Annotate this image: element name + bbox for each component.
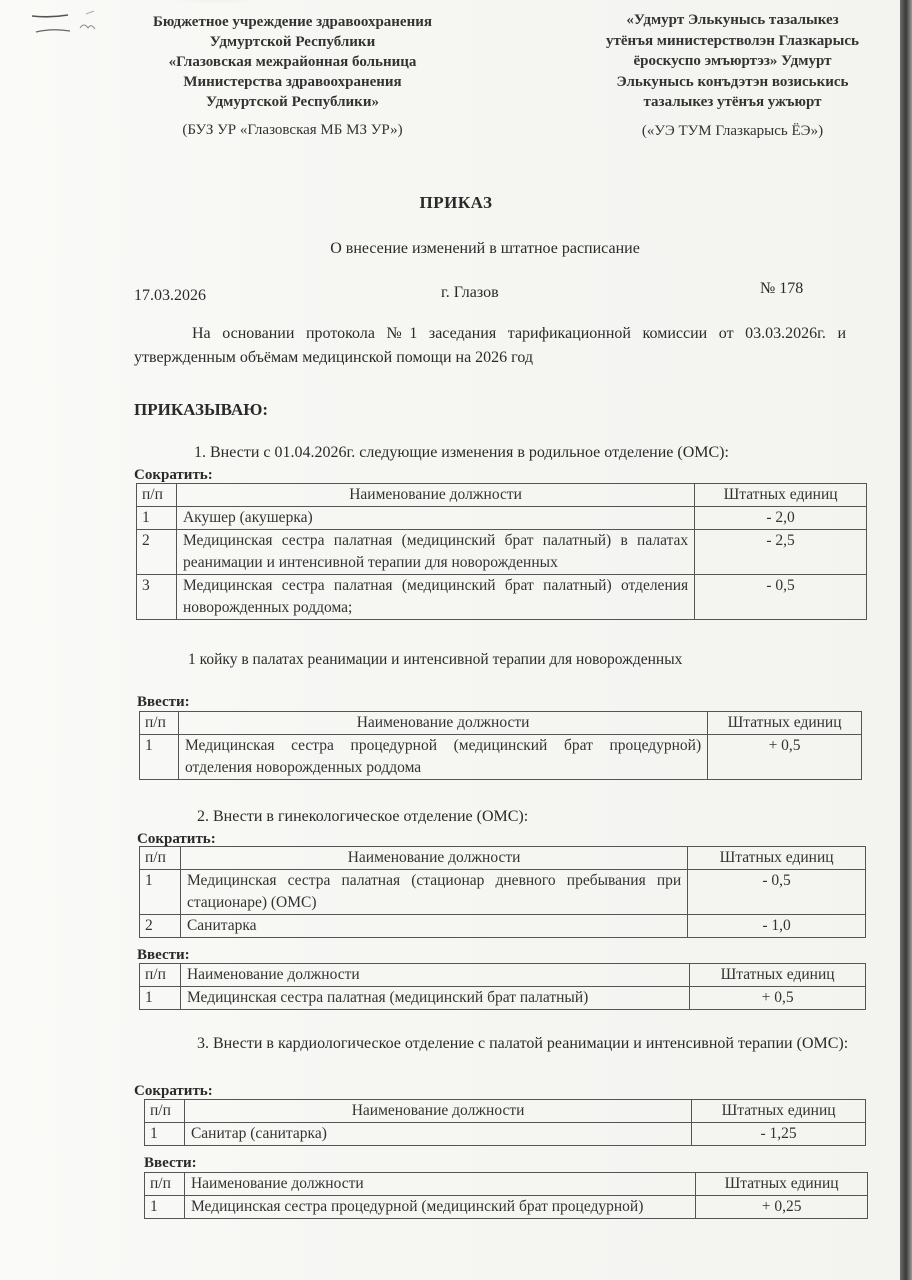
institution-header-udmurt: «Удмурт Элькунысь тазалыкез утёнъя минис… (580, 10, 885, 141)
row-num: 1 (140, 735, 179, 780)
row-num: 2 (137, 530, 177, 575)
document-number: № 178 (760, 280, 803, 298)
table-header-row: п/п Наименование должности Штатных едини… (145, 1173, 868, 1196)
introduce-label: Ввести: (144, 1155, 197, 1172)
section-1-introduce-table: п/п Наименование должности Штатных едини… (139, 711, 862, 780)
header-line: «Глазовская межрайонная больница (120, 52, 465, 72)
row-num: 1 (145, 1123, 185, 1146)
section-2-heading: 2. Внести в гинекологическое отделение (… (197, 805, 528, 829)
header-cell-num: п/п (140, 964, 181, 987)
table-row: 2 Медицинская сестра палатная (медицинск… (137, 530, 867, 575)
header-cell-name: Наименование должности (178, 712, 707, 735)
header-cell-name: Наименование должности (180, 964, 689, 987)
row-position: Медицинская сестра процедурной (медицинс… (178, 735, 707, 780)
document-date: 17.03.2026 (134, 287, 206, 305)
document-subtitle: О внесение изменений в штатное расписани… (0, 240, 912, 258)
document-page: Бюджетное учреждение здравоохранения Удм… (0, 0, 900, 1280)
row-num: 3 (137, 575, 177, 620)
row-units: + 0,25 (696, 1196, 868, 1219)
table-header-row: п/п Наименование должности Штатных едини… (140, 964, 866, 987)
row-units: - 1,0 (688, 915, 866, 938)
table-header-row: п/п Наименование должности Штатных едини… (145, 1100, 866, 1123)
header-line: Удмуртской Республики» (120, 92, 465, 112)
section-2-introduce-table: п/п Наименование должности Штатных едини… (139, 963, 866, 1010)
header-cell-name: Наименование должности (184, 1100, 691, 1123)
header-cell-units: Штатных единиц (708, 712, 862, 735)
row-position: Медицинская сестра палатная (медицинский… (176, 575, 694, 620)
row-units: + 0,5 (708, 735, 862, 780)
section-3-heading: 3. Внести в кардиологическое отделение с… (134, 1032, 854, 1056)
row-num: 1 (137, 507, 177, 530)
header-cell-name: Наименование должности (176, 484, 694, 507)
header-line: Министерства здравоохранения (120, 72, 465, 92)
section-1-heading: 1. Внести с 01.04.2026г. следующие измен… (194, 441, 729, 465)
order-basis-paragraph: На основании протокола №1 заседания тари… (134, 322, 846, 370)
row-position: Санитар (санитарка) (184, 1123, 691, 1146)
row-num: 2 (140, 915, 181, 938)
row-units: - 0,5 (688, 870, 866, 915)
handwritten-mark-icon (30, 8, 110, 38)
section-2-reduce-table: п/п Наименование должности Штатных едини… (139, 846, 866, 938)
row-position: Акушер (акушерка) (176, 507, 694, 530)
table-row: 1 Санитар (санитарка) - 1,25 (145, 1123, 866, 1146)
row-position: Медицинская сестра палатная (стационар д… (180, 870, 687, 915)
header-cell-num: п/п (140, 712, 179, 735)
header-cell-num: п/п (137, 484, 177, 507)
header-cell-name: Наименование должности (180, 847, 687, 870)
scan-shadow (140, 0, 290, 5)
document-title: ПРИКАЗ (0, 193, 912, 213)
header-cell-units: Штатных единиц (688, 847, 866, 870)
row-position: Медицинская сестра палатная (медицинский… (180, 987, 689, 1010)
section-1-reduce-table: п/п Наименование должности Штатных едини… (136, 483, 867, 620)
introduce-label: Ввести: (137, 694, 190, 711)
table-header-row: п/п Наименование должности Штатных едини… (140, 847, 866, 870)
section-3-introduce-table: п/п Наименование должности Штатных едини… (144, 1172, 868, 1219)
table-row: 1 Медицинская сестра процедурной (медици… (145, 1196, 868, 1219)
header-line: утёнъя министерстволэн Глазкарысь (580, 31, 885, 52)
introduce-label: Ввести: (137, 947, 190, 964)
row-units: + 0,5 (690, 987, 866, 1010)
header-cell-units: Штатных единиц (695, 484, 867, 507)
header-line: «Удмурт Элькунысь тазалыкез (580, 10, 885, 31)
header-cell-num: п/п (145, 1173, 185, 1196)
reduce-label: Сократить: (134, 1083, 213, 1100)
institution-header-russian: Бюджетное учреждение здравоохранения Удм… (120, 12, 465, 140)
document-city: г. Глазов (441, 284, 499, 302)
row-num: 1 (145, 1196, 185, 1219)
order-directive: ПРИКАЗЫВАЮ: (134, 400, 268, 420)
row-num: 1 (140, 870, 181, 915)
section-1-note: 1 койку в палатах реанимации и интенсивн… (188, 649, 694, 671)
header-cell-num: п/п (145, 1100, 185, 1123)
institution-abbreviation: (БУЗ УР «Глазовская МБ МЗ УР») (120, 120, 465, 140)
row-position: Медицинская сестра палатная (медицинский… (176, 530, 694, 575)
row-num: 1 (140, 987, 181, 1010)
table-row: 1 Медицинская сестра процедурной (медици… (140, 735, 862, 780)
table-row: 2 Санитарка - 1,0 (140, 915, 866, 938)
institution-abbreviation: («УЭ ТУМ Глазкарысь ЁЭ») (580, 121, 885, 142)
row-units: - 2,5 (695, 530, 867, 575)
table-row: 1 Медицинская сестра палатная (медицинск… (140, 987, 866, 1010)
header-cell-num: п/п (140, 847, 181, 870)
header-line: ёроскуспо эмъюртэз» Удмурт (580, 51, 885, 72)
header-line: Удмуртской Республики (120, 32, 465, 52)
header-cell-name: Наименование должности (184, 1173, 695, 1196)
row-position: Медицинская сестра процедурной (медицинс… (184, 1196, 695, 1219)
section-3-reduce-table: п/п Наименование должности Штатных едини… (144, 1099, 866, 1146)
row-units: - 2,0 (695, 507, 867, 530)
header-line: тазалыкез утёнъя ужъюрт (580, 92, 885, 113)
header-line: Бюджетное учреждение здравоохранения (120, 12, 465, 32)
row-units: - 1,25 (692, 1123, 866, 1146)
table-row: 3 Медицинская сестра палатная (медицинск… (137, 575, 867, 620)
header-cell-units: Штатных единиц (696, 1173, 868, 1196)
header-line: Элькунысь конъдэтэн возиськись (580, 72, 885, 93)
row-units: - 0,5 (695, 575, 867, 620)
table-row: 1 Медицинская сестра палатная (стационар… (140, 870, 866, 915)
table-header-row: п/п Наименование должности Штатных едини… (137, 484, 867, 507)
reduce-label: Сократить: (134, 467, 213, 484)
table-row: 1 Акушер (акушерка) - 2,0 (137, 507, 867, 530)
table-header-row: п/п Наименование должности Штатных едини… (140, 712, 862, 735)
header-cell-units: Штатных единиц (690, 964, 866, 987)
page-edge-shadow (900, 0, 912, 1280)
row-position: Санитарка (180, 915, 687, 938)
header-cell-units: Штатных единиц (692, 1100, 866, 1123)
